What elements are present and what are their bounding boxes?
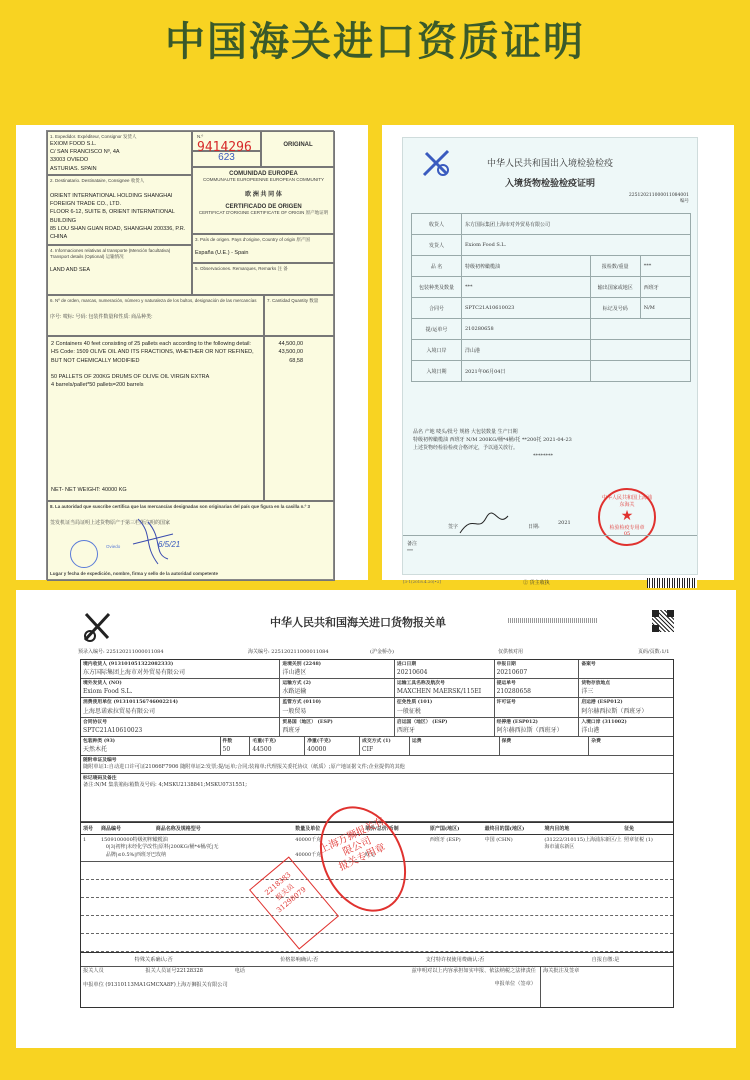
field-value: CIF [362,745,407,754]
declaration-cell: 进口日期20210604 [395,660,495,678]
date-value: 2021 [558,520,571,526]
field-label: 启运港 (ESP012) [581,699,671,706]
field-value: 阿尔赫西拉斯（西班牙） [581,707,671,716]
consignee: ORIENT INTERNATIONAL HOLDING SHANGHAIFOR… [50,192,189,242]
stars: ******** [413,452,572,460]
declaration-cell: 启运国（地区） (ESP)西班牙 [395,718,495,736]
field-label: 申报日期 [497,661,577,668]
barcode-icon [647,578,697,588]
row-value: 210280658 [462,319,591,340]
field-value: 20210607 [497,668,577,677]
stamp-no: 05 [600,531,654,537]
box6-cn: 序号: 唛标: 号码: 包装件数量和性质: 商品种类: [50,314,261,321]
date-label: 日期: [528,523,540,530]
handwritten-number: 623 [218,152,235,163]
goods-header: 品名 产地 唛头/批号 规格 大包装数量 生产日期 [413,428,572,436]
footer-label: Lugar y fecha de expedición, nombre, fir… [50,571,218,577]
goods-header: 境内目的地 [542,825,622,832]
declaration-cell: 启运港 (ESP012)阿尔赫西拉斯（西班牙） [579,698,673,716]
customs-declaration-card: 中华人民共和国海关进口货物报关单 预录入编号: 2251202110000110… [16,590,736,1048]
field-label: 合同协议号 [83,719,277,726]
declaration-cell: 运费 [410,737,500,755]
original-label: ORIGINAL [283,142,312,148]
field-value: 上海思诺索拉贸易有限公司 [83,707,277,716]
box4-label: 4. Informaciones relativas al transporte… [50,248,189,260]
phone-label: 电话 [235,968,245,974]
inspection-row: 品 名特级初榨橄榄油报检数/重量*** [412,256,691,277]
page-label: 页码/页数:1/1 [638,648,669,655]
declaration-cell: 申报日期20210607 [495,660,580,678]
box7-label: 7. Cantidad Quantity 数量 [267,298,332,304]
declaration-cell: 成交方式 (1)CIF [360,737,410,755]
declaration-title: 中华人民共和国海关进口货物报关单 [198,614,518,630]
goods-description: 2 Containers 40 feet consisting of 25 pa… [51,340,260,390]
row-label: 提/运单号 [412,319,462,340]
goods-cell: 1 [81,837,99,860]
goods-cell: 西班牙 (ESP) [428,837,483,860]
field-value: 20210604 [397,668,492,677]
row-value: Exiom Food S.L. [462,235,691,256]
row-empty [590,361,690,382]
quantity-value: 44,500,00 [268,340,303,348]
field-value: 洋山港区 [282,668,392,677]
quantities: 44,500,0043,500,0068,58 [268,340,331,365]
row-value: 东方国际集团上海市对外贸易有限公司 [462,214,691,235]
origin-certificate-card: 1. Expedidor. Expéditeur, Consignor 发货人 … [16,125,368,580]
declaration-cell: 备案号 [579,660,673,678]
goods-line [51,365,260,373]
qr-code-icon [652,610,674,632]
row-empty [590,340,690,361]
origin-certificate: 1. Expedidor. Expéditeur, Consignor 发货人 … [46,130,334,580]
declaration-cell: 进境关别 (2248)洋山港区 [280,660,395,678]
customs-no-label: 海关编号: [248,649,270,655]
row-value: 西班牙 [640,277,690,298]
field-value: MAXCHEN MAERSK/115EI [397,687,492,696]
declaration-cell: 净重(千克)40000 [305,737,360,755]
declaration-cell: 征免性质 (101)一般征税 [395,698,495,716]
field-label: 运费 [412,738,497,745]
field-label: 毛重(千克) [252,738,302,745]
field-label: 运输方式 (2) [282,680,392,687]
field-value: 西班牙 [397,726,492,735]
customs-no: 225120211000011084 [271,649,328,655]
net-weight: NET- NET WEIGHT: 40000 KG [51,486,127,494]
customs-declaration: 中华人民共和国海关进口货物报关单 预录入编号: 2251202110000110… [78,604,678,1014]
community-subtitle: COMMUNAUTE EUROPEENNE EUROPEAN COMMUNITY [196,177,331,183]
declaration-cell: 包装种类 (93)天然木托 [81,737,221,755]
consignee-line: ORIENT INTERNATIONAL HOLDING SHANGHAI [50,192,189,200]
field-label: 杂费 [591,738,671,745]
confirmation-item: 支付特许权使用费确认:否 [425,956,484,963]
field-label: 保费 [502,738,587,745]
row-label: 入境口岸 [412,340,462,361]
declaration-cell: 货物存放地点洋三 [579,679,673,697]
consignor-line: ASTURIAS. SPAIN [50,165,189,173]
row-value: 2021年06月04日 [462,361,591,382]
field-label: 包装种类 (93) [83,738,218,745]
box8-label: 8. La autoridad que suscribe certifica q… [50,504,332,510]
unit-seal: 申报单位（签章） [494,981,536,989]
box5-label: 5. Observaciones. Remarques, Remarks 注 备 [195,266,332,272]
goods-header: 商品编号 [99,825,154,832]
goods-line: HS Code: 1509 OLIVE OIL AND ITS FRACTION… [51,348,260,356]
field-label: 提运单号 [497,680,577,687]
field-value: Exiom Food S.L. [83,687,277,696]
field-value: 西班牙 [282,726,392,735]
declaration-cell: 件数50 [221,737,251,755]
declaration-cell: 监管方式 (0110)一般贸易 [280,698,395,716]
field-label: 监管方式 (0110) [282,699,392,706]
inspection-row: 发货人Exiom Food S.L. [412,235,691,256]
field-label: 贸易国（地区） (ESP) [282,719,392,726]
inspection-title-1: 中华人民共和国出入境检验检疫 [403,156,697,169]
field-label: 进境关别 (2248) [282,661,392,668]
attached-value: 随附单证1:自动进口许可证21066F7906 随附单证2:发票;提/运单;合同… [83,764,671,772]
customs-remark: 海关批注及签章 [543,968,579,974]
field-label: 成交方式 (1) [362,738,407,745]
field-value [497,707,577,716]
transport: LAND AND SEA [50,266,189,274]
copy-label: ② 货主收执 [523,579,550,586]
inspection-certificate-card: 中华人民共和国出入境检验检疫 入境货物检验检疫证明 22512021100001… [382,125,734,580]
field-value: 50 [223,745,248,754]
blank-goods-row [81,934,673,952]
field-value: SPTC21A10610023 [83,726,277,735]
row-label: 报检数/重量 [590,256,640,277]
declaration-cell: 保费 [500,737,590,755]
number-label: N.º [197,134,203,139]
inspection-title-2: 入境货物检验检疫证明 [403,176,697,189]
quantity-value: 68,58 [268,357,303,365]
quantity-value: 43,500,00 [268,348,303,356]
consignor-line: EXIOM FOOD S.L. [50,140,189,148]
consignee-line: FOREIGN TRADE CO., LTD. [50,200,189,208]
goods-line: 50 PALLETS OF 200KG DRUMS OF OLIVE OIL V… [51,373,260,381]
inspection-table: 收货人东方国际集团上海市对外贸易有限公司发货人Exiom Food S.L.品 … [411,213,691,382]
field-label: 备案号 [581,661,671,668]
field-value: 一般贸易 [282,707,392,716]
code-strip [508,618,598,623]
inspection-row: 收货人东方国际集团上海市对外贸易有限公司 [412,214,691,235]
consignor-line: 33003 OVIEDO [50,156,189,164]
field-label: 境内收货人 (913101051322082333) [83,661,277,668]
field-label: 启运国（地区） (ESP) [397,719,492,726]
inspection-stamp: 中华人民共和国上海浦东海关 ★ 检验检疫专用章 05 [598,488,656,546]
field-value [502,745,587,754]
declaration-cell: 境外发货人 (NO)Exiom Food S.L. [81,679,280,697]
row-empty [590,319,690,340]
field-value: 210280658 [497,687,577,696]
declaration-cell: 提运单号210280658 [495,679,580,697]
row-label: 包装种类及数量 [412,277,462,298]
field-value: 洋山港 [581,726,671,735]
declaration-cell: 运输工具名称及航次号MAXCHEN MAERSK/115EI [395,679,495,697]
field-value [412,745,497,754]
declarant-label: 报关人员 [83,968,104,974]
cert-no-label: 编号 [680,199,689,204]
star-icon: ★ [600,508,654,524]
goods-header: 原产国(地区) [428,825,483,832]
field-value: 水路运输 [282,687,392,696]
field-value: 40000 [307,745,357,754]
declaration-row: 境内收货人 (913101051322082333)东方国际集团上海市对外贸易有… [81,660,673,679]
field-label: 净重(千克) [307,738,357,745]
row-value: SPTC21A10610023 [462,298,591,319]
signer-place: Oviedo [106,544,120,550]
community-cn: 欧 洲 共 同 体 [196,189,331,198]
unit-value: (91310113MA1GMCXA8F)上海万狮报关有限公司 [105,982,227,988]
consignor: EXIOM FOOD S.L.C/ SAN FRANCISCO Nº, 4A33… [50,140,189,173]
unit-label: 申报单位 [83,982,104,988]
confirmation-item: 价格影响确认:否 [280,956,318,963]
field-value: 阿尔赫西拉斯（西班牙） [497,726,577,735]
field-value: 一般征税 [397,707,492,716]
field-value [581,668,671,677]
declaration-cell: 入境口岸 (311002)洋山港 [579,718,673,736]
declaration-row: 消费使用单位 (913101156746002214)上海思诺索拉贸易有限公司监… [81,698,673,717]
origin-country: España (U.E.) - Spain [195,249,332,257]
inspection-row: 入境口岸洋山港 [412,340,691,361]
confirmation-item: 自报自缴:是 [592,956,620,963]
goods-line: 特级初榨橄榄油 西班牙 N/M 200KG/桶*4桶/托 **200托 2021… [413,436,572,444]
declaration-cell: 运输方式 (2)水路运输 [280,679,395,697]
declaration-cell: 毛重(千克)44500 [250,737,305,755]
row-label: 标记及号码 [590,298,640,319]
field-label: 境外发货人 (NO) [83,680,277,687]
customs-emblem-icon [82,610,112,644]
row-value: N/M [640,298,690,319]
declaration-cell: 消费使用单位 (913101156746002214)上海思诺索拉贸易有限公司 [81,698,280,716]
field-label: 入境口岸 (311002) [581,719,671,726]
declarant-id: 报关人员证号22128328 [145,968,203,974]
inspection-certificate: 中华人民共和国出入境检验检疫 入境货物检验检疫证明 22512021100001… [402,137,698,575]
remarks-label: 备注 [407,540,417,547]
inspection-cert-no: 225120211000011084001 [629,193,689,198]
goods-cell: (31222/310115)上海浦东新区/上海市浦东新区 [542,837,622,860]
preentry-no: 225120211000011084 [106,649,163,655]
declaration-cell: 贸易国（地区） (ESP)西班牙 [280,718,395,736]
field-value: 东方国际集团上海市对外贸易有限公司 [83,668,277,677]
field-label: 运输工具名称及航次号 [397,680,492,687]
stamp-sub: 检验检疫专用章 [600,524,654,531]
stamp-text: 中华人民共和国上海浦东海关 [600,494,654,508]
goods-line: BUT NOT CHEMICALLY MODIFIED [51,357,260,365]
row-value: *** [462,277,591,298]
row-label: 收货人 [412,214,462,235]
sign-label: 签字 [448,523,458,530]
signature-icon [458,508,513,538]
field-label: 经停港 (ESP012) [497,719,577,726]
inspection-row: 包装种类及数量***输出国家或地区西班牙 [412,277,691,298]
customs-office: (沪金桥办) [370,648,394,655]
row-label: 入境日期 [412,361,462,382]
statement: 兹申明对以上内容承担如实申报、依法纳税之法律责任 [411,968,536,976]
inspection-row: 提/运单号210280658 [412,319,691,340]
declaration-cell: 经停港 (ESP012)阿尔赫西拉斯（西班牙） [495,718,580,736]
declaration-row: 合同协议号SPTC21A10610023贸易国（地区） (ESP)西班牙启运国（… [81,718,673,737]
consignee-line: 85 LOU SHAN GUAN ROAD, SHANGHAI 200336, … [50,225,189,242]
box2-label: 2. Destinatario. Destinataire, Consignee… [50,178,189,184]
field-value: 天然木托 [83,745,218,754]
remarks-value: *** [407,548,413,553]
inspection-row: 合同号SPTC21A10610023标记及号码N/M [412,298,691,319]
goods-cell: 1509100000特级初榨橄榄油 0|3|初榨|未经化学改性|原料|200KG… [99,837,293,860]
declaration-row: 境外发货人 (NO)Exiom Food S.L.运输方式 (2)水路运输运输工… [81,679,673,698]
field-label: 货物存放地点 [581,680,671,687]
row-value: *** [640,256,690,277]
row-value: 洋山港 [462,340,591,361]
field-label: 件数 [223,738,248,745]
consignee-line: FLOOR 6-12, SUITE B, ORIENT INTERNATIONA… [50,208,189,225]
row-label: 合同号 [412,298,462,319]
consignor-line: C/ SAN FRANCISCO Nº, 4A [50,148,189,156]
chamber-seal-icon [70,540,98,568]
box8-cn: 签发机证当局证明上述货物原产于第三栏所注明的国家 [50,520,332,527]
page-title: 中国海关进口资质证明 [0,10,750,67]
goods-cell: 中国 (CHN) [483,837,543,860]
row-label: 品 名 [412,256,462,277]
field-value: 44500 [252,745,302,754]
certificate-subtitle: CERTIFICAT D'ORIGINE CERTIFICATE OF ORIG… [196,210,331,216]
goods-cell: 照章征税 (1) [622,837,673,860]
goods-line: 4 barrels/pallet*50 pallets=200 barrels [51,381,260,389]
conclusion: 上述货物经检验检疫合格评定，予以通关放行。 [413,444,572,452]
declaration-cell: 合同协议号SPTC21A10610023 [81,718,280,736]
goods-header: 征免 [622,825,673,832]
goods-line: 2 Containers 40 feet consisting of 25 pa… [51,340,260,348]
goods-header: 最终目的国(地区) [483,825,543,832]
field-value [591,745,671,754]
confirmation-item: 特殊关系确认:否 [135,956,173,963]
blank-goods-row [81,916,673,934]
row-label: 发货人 [412,235,462,256]
form-code: [3-1(2018.4.20)•2] [403,579,441,584]
field-label: 消费使用单位 (913101156746002214) [83,699,277,706]
field-value: 洋三 [581,687,671,696]
declaration-cell: 许可证号 [495,698,580,716]
inspection-row: 入境日期2021年06月04日 [412,361,691,382]
box3-label: 3. País de origen. Pays d'origine, Count… [195,237,332,243]
field-label: 征免性质 (101) [397,699,492,706]
declaration-cell: 境内收货人 (913101051322082333)东方国际集团上海市对外贸易有… [81,660,280,678]
field-label: 进口日期 [397,661,492,668]
row-value: 特级初榨橄榄油 [462,256,591,277]
declaration-cell: 杂费 [589,737,673,755]
preentry-label: 预录入编号: [78,649,105,655]
goods-header: 项号 [81,825,99,832]
field-label: 许可证号 [497,699,577,706]
goods-header: 商品名称及规格型号 [154,825,294,832]
row-label: 输出国家或地区 [590,277,640,298]
signature-icon [128,514,178,569]
marks-value: 备注:N/M 集装箱标箱数及号码: 4;MSKU2138841;MSKU0731… [83,782,671,790]
box6-label: 6. Nº de orden, marcas, numeración, núme… [50,298,261,304]
check-only: 仅供核对用 [498,648,523,655]
